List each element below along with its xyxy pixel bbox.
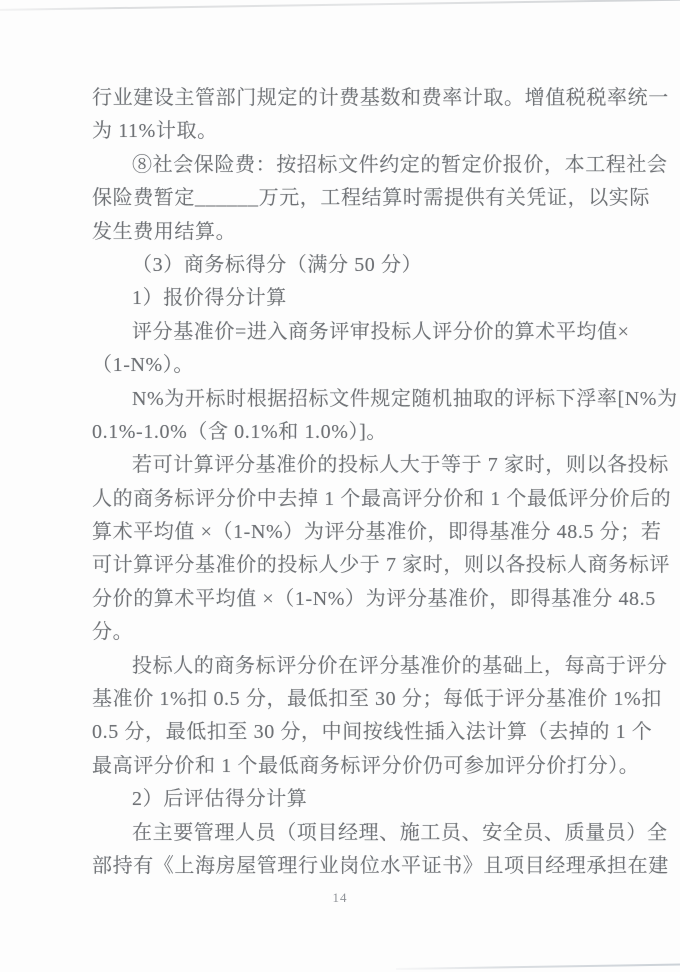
text-line: 0.5 分，最低扣至 30 分，中间按线性插入法计算（去掉的 1 个 bbox=[92, 716, 620, 749]
text-line: 评分基准价=进入商务评审投标人评分价的算术平均值× bbox=[92, 316, 620, 349]
text-line-with-blank-field: 保险费暂定______万元，工程结算时需提供有关凭证，以实际 bbox=[92, 182, 620, 215]
text-line: ⑧社会保险费：按招标文件约定的暂定价报价，本工程社会 bbox=[92, 149, 620, 182]
text-line: 基准价 1%扣 0.5 分，最低扣至 30 分；每低于评分基准价 1%扣 bbox=[92, 683, 620, 716]
text-line: 可计算评分基准价的投标人少于 7 家时，则以各投标人商务标评 bbox=[92, 549, 620, 582]
text-line: 投标人的商务标评分价在评分基准价的基础上，每高于评分 bbox=[92, 650, 620, 683]
scan-artifact-bottom-edge bbox=[396, 963, 680, 970]
text-line: 在主要管理人员（项目经理、施工员、安全员、质量员）全 bbox=[92, 817, 620, 850]
scanned-document-page: 行业建设主管部门规定的计费基数和费率计取。增值税税率统一 为 11%计取。 ⑧社… bbox=[0, 0, 680, 972]
text-line: 分。 bbox=[92, 616, 620, 649]
text-line: 0.1%-1.0%（含 0.1%和 1.0%）]。 bbox=[92, 416, 620, 449]
text-line-subsection-heading: 1）报价得分计算 bbox=[92, 282, 620, 315]
scan-artifact-top-edge bbox=[0, 0, 680, 11]
text-line-subsection-heading: 2）后评估得分计算 bbox=[92, 783, 620, 816]
text-line: （1-N%）。 bbox=[92, 349, 620, 382]
text-line-section-heading: （3）商务标得分（满分 50 分） bbox=[92, 249, 620, 282]
text-line: 部持有《上海房屋管理行业岗位水平证书》且项目经理承担在建 bbox=[92, 850, 620, 883]
text-line: 人的商务标评分价中去掉 1 个最高评分价和 1 个最低评分价后的 bbox=[92, 483, 620, 516]
text-line: 若可计算评分基准价的投标人大于等于 7 家时，则以各投标 bbox=[92, 449, 620, 482]
text-line: 发生费用结算。 bbox=[92, 216, 620, 249]
text-line: 分价的算术平均值 ×（1-N%）为评分基准价，即得基准分 48.5 bbox=[92, 583, 620, 616]
text-line: 为 11%计取。 bbox=[92, 115, 620, 148]
document-body: 行业建设主管部门规定的计费基数和费率计取。增值税税率统一 为 11%计取。 ⑧社… bbox=[92, 82, 620, 883]
text-line: 算术平均值 ×（1-N%）为评分基准价，即得基准分 48.5 分；若 bbox=[92, 516, 620, 549]
page-number: 14 bbox=[0, 890, 680, 906]
text-line: N%为开标时根据招标文件规定随机抽取的评标下浮率[N%为 bbox=[92, 383, 620, 416]
text-line: 最高评分价和 1 个最低商务标评分价仍可参加评分价打分）。 bbox=[92, 750, 620, 783]
text-line: 行业建设主管部门规定的计费基数和费率计取。增值税税率统一 bbox=[92, 82, 620, 115]
